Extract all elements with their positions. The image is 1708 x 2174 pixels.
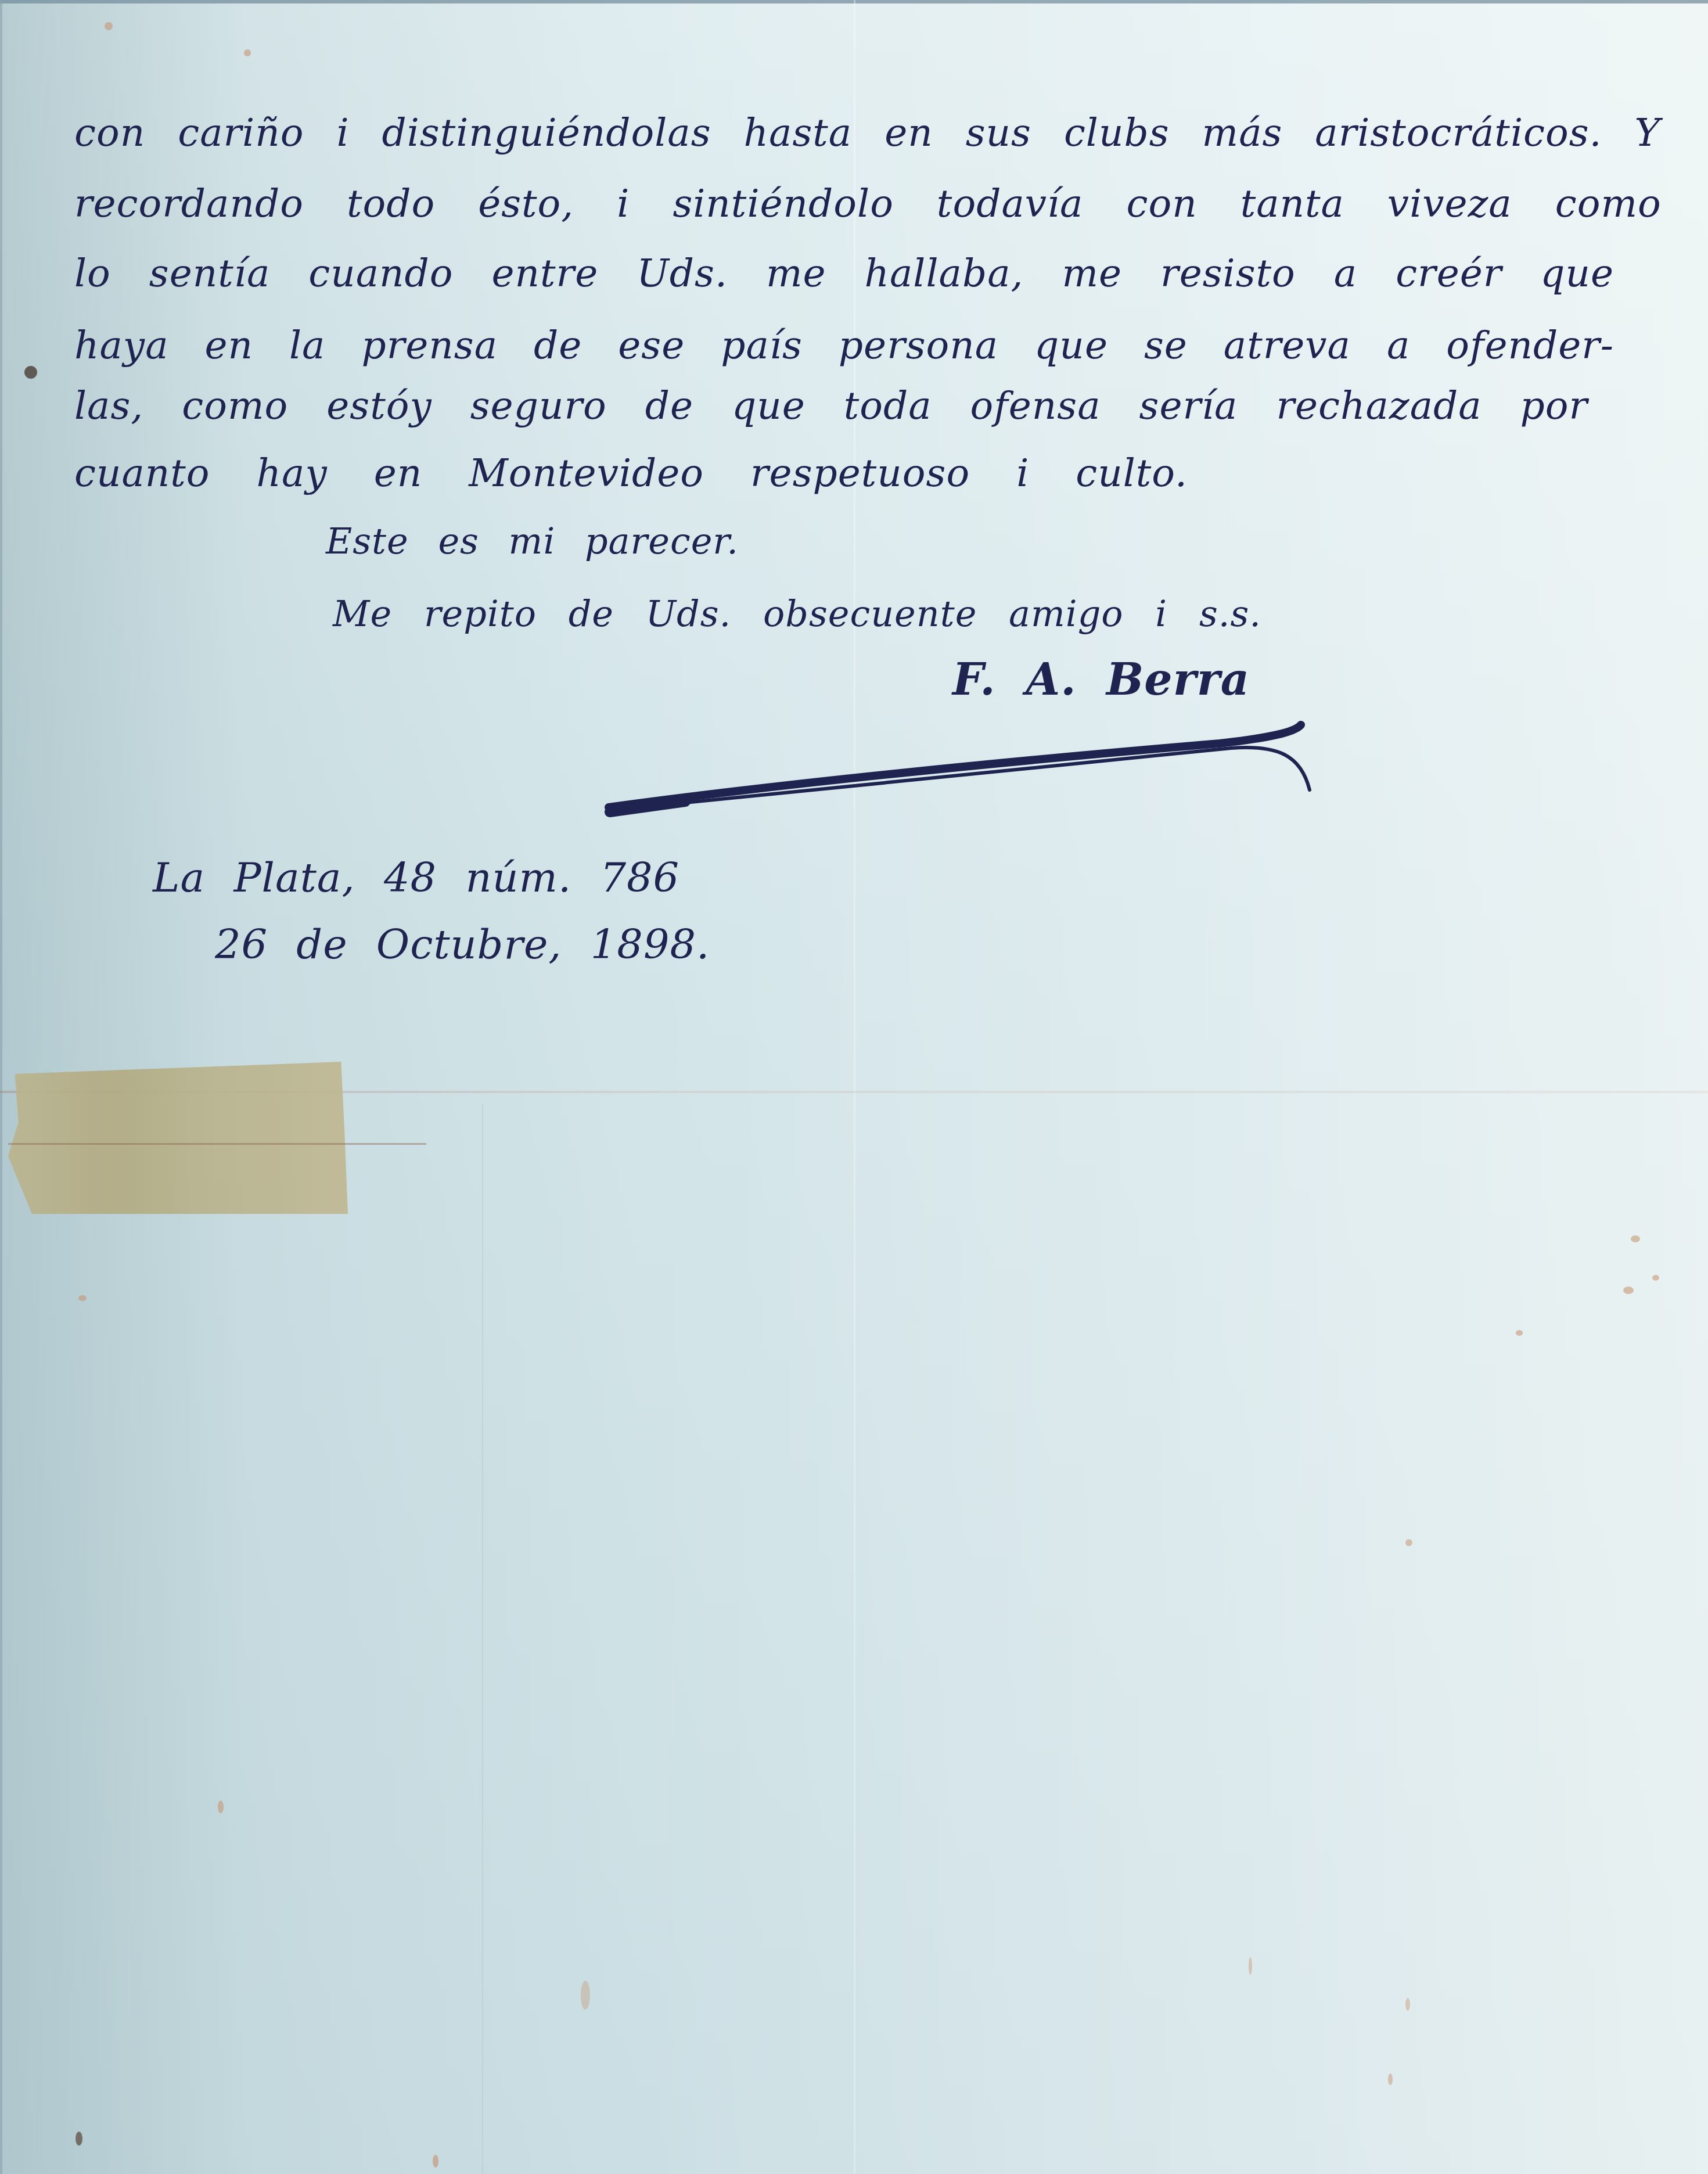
tape-fold-line	[8, 1143, 426, 1145]
letter-line-3: lo sentía cuando entre Uds. me hallaba, …	[74, 251, 1614, 296]
foxing-spot	[1405, 1539, 1412, 1546]
closing-valediction: Me repito de Uds. obsecuente amigo i s.s…	[333, 592, 1261, 635]
date-line: 26 de Octubre, 1898.	[215, 921, 710, 968]
paper-left-edge	[0, 0, 2, 2174]
signature-flourish-icon	[604, 720, 1324, 819]
foxing-spot	[1249, 1957, 1252, 1975]
foxing-spot	[581, 1981, 590, 2010]
closing-opinion: Este es mi parecer.	[326, 520, 739, 562]
foxing-spot	[78, 1295, 87, 1301]
secondary-vertical-crease	[482, 1104, 483, 2174]
foxing-spot	[105, 22, 113, 30]
letter-line-2: recordando todo ésto, i sintiéndolo toda…	[74, 181, 1662, 226]
foxing-spot	[1623, 1287, 1634, 1294]
letter-line-6: cuanto hay en Montevideo respetuoso i cu…	[74, 451, 1188, 495]
foxing-spot	[75, 2132, 82, 2146]
foxing-spot	[1405, 1998, 1410, 2011]
letter-line-4: haya en la prensa de ese país persona qu…	[74, 323, 1614, 368]
foxing-spot	[1631, 1235, 1640, 1242]
signature: F. A. Berra	[952, 653, 1250, 705]
adhesive-tape-strip	[8, 1062, 348, 1214]
foxing-spot	[1516, 1330, 1523, 1336]
foxing-spot	[433, 2155, 438, 2168]
letter-line-1: con cariño i distinguiéndolas hasta en s…	[74, 110, 1660, 155]
foxing-spot	[1388, 2074, 1393, 2085]
foxing-spot	[24, 366, 37, 379]
foxing-spot	[244, 49, 251, 56]
foxing-spot	[218, 1801, 224, 1813]
place-line: La Plata, 48 núm. 786	[153, 854, 679, 901]
foxing-spot	[1652, 1275, 1659, 1281]
letter-line-5: las, como estóy seguro de que toda ofens…	[74, 383, 1588, 428]
